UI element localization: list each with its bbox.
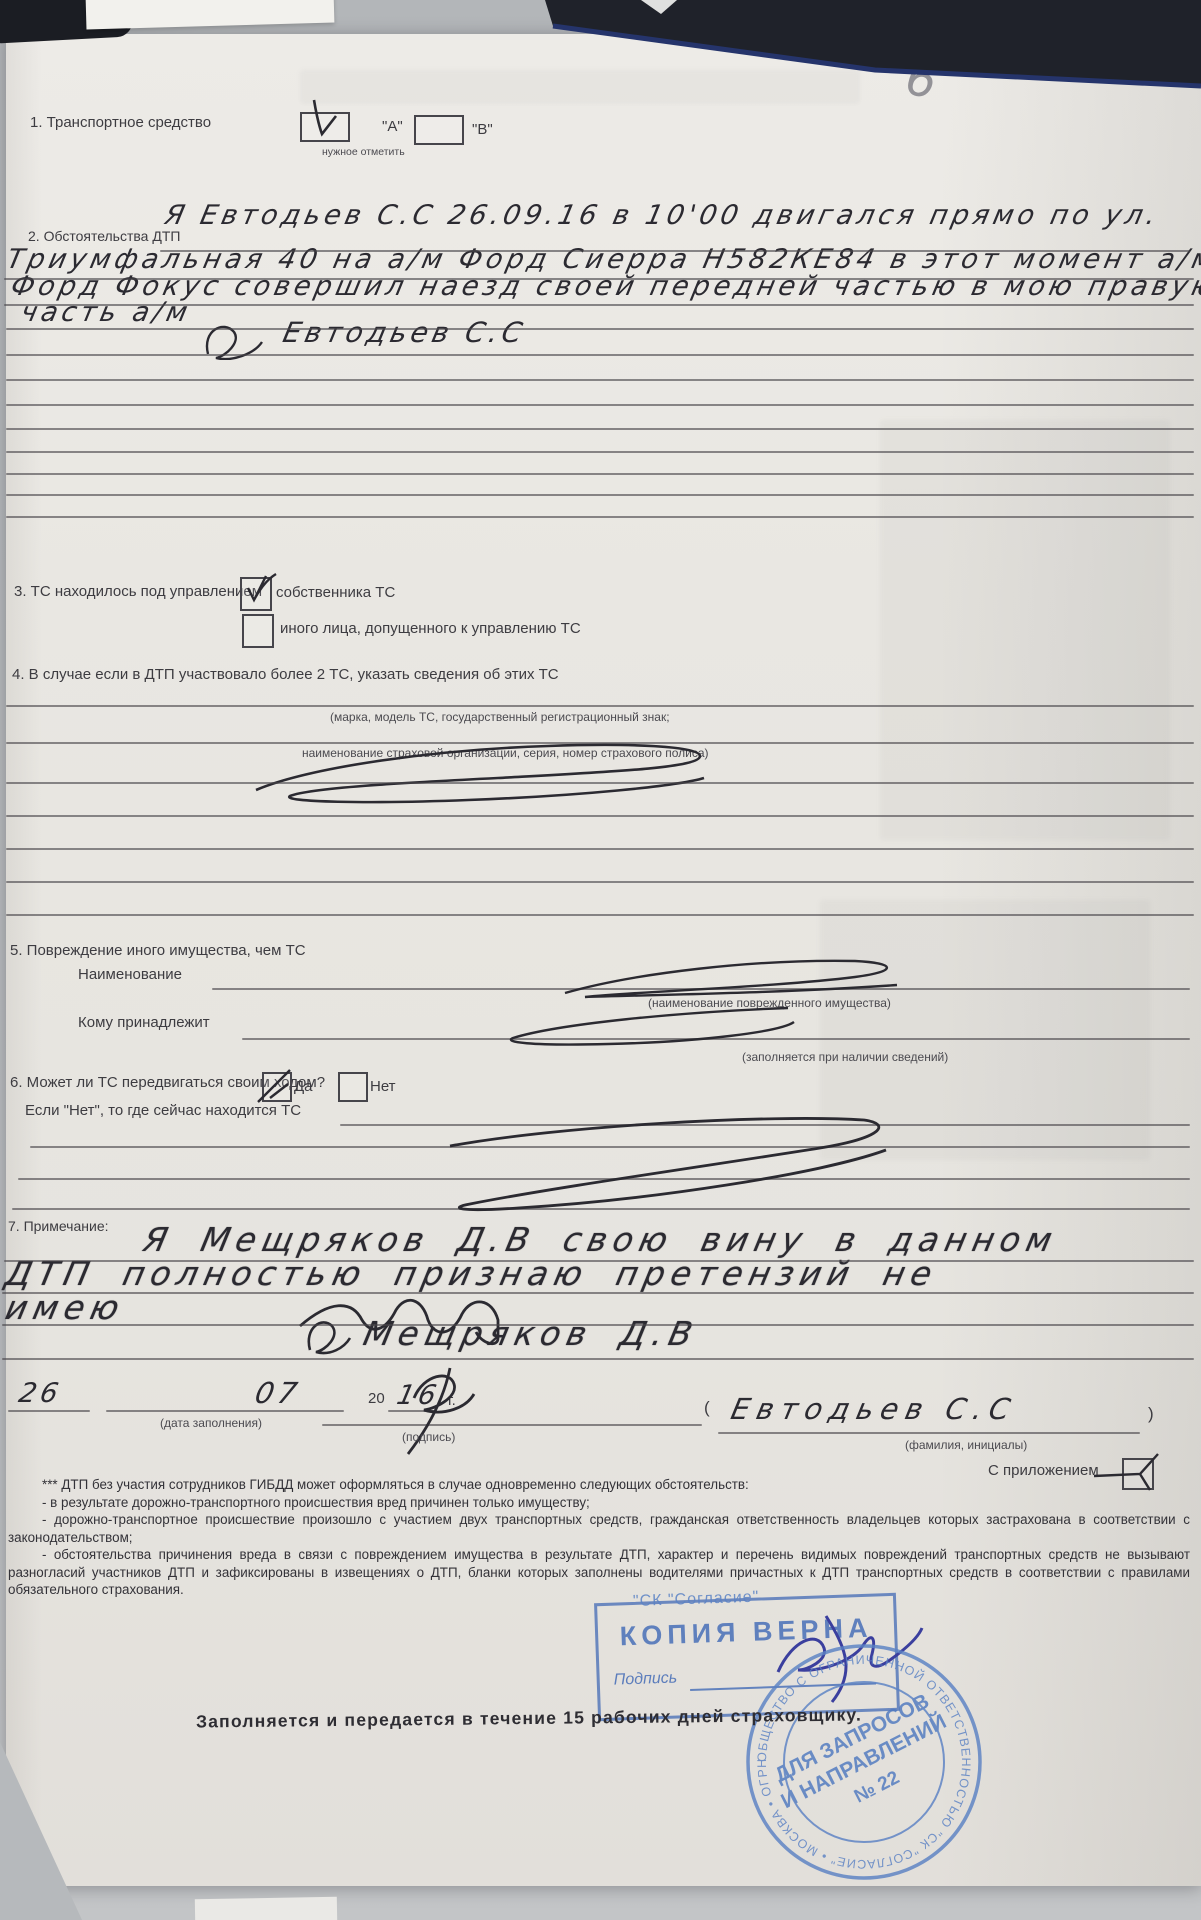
round-stamp: ОБЩЕСТВО С ОГРАНИЧЕННОЙ ОТВЕТСТВЕННОСТЬЮ… <box>742 1640 986 1884</box>
paper-strip-bottom <box>195 1897 337 1920</box>
ruled-line <box>6 428 1194 430</box>
footnote-line: *** ДТП без участия сотрудников ГИБДД мо… <box>8 1476 1190 1494</box>
footnote-line: - обстоятельства причинения вреда в связ… <box>8 1546 1190 1599</box>
ruled-line <box>4 278 1194 280</box>
ruled-line <box>718 1432 1140 1434</box>
section1-note: нужное отметить <box>322 146 405 158</box>
ruled-line <box>6 328 1194 330</box>
section6-line2: Если "Нет", то где сейчас находится ТС <box>25 1102 301 1119</box>
signature-flourish <box>300 1312 352 1356</box>
year-prefix: 20 <box>368 1390 385 1407</box>
ruled-line <box>6 404 1194 406</box>
ruled-line <box>6 451 1194 453</box>
vehicle-b-checkbox[interactable] <box>414 115 464 145</box>
ruled-line <box>2 1324 1194 1326</box>
bleed-through-ghost <box>880 420 1170 840</box>
ruled-line <box>6 815 1194 817</box>
footnote-line: - в результате дорожно-транспортного про… <box>8 1494 1190 1512</box>
section7-title: 7. Примечание: <box>8 1218 109 1234</box>
section4-title: 4. В случае если в ДТП участвовало более… <box>12 666 559 683</box>
dark-object-top-right <box>545 0 1201 92</box>
ruled-line <box>6 848 1194 850</box>
ruled-line <box>160 250 1190 252</box>
ruled-line <box>6 473 1194 475</box>
ruled-line <box>6 914 1194 916</box>
name-caption: (фамилия, инициалы) <box>905 1438 1027 1452</box>
vehicle-b-label: "В" <box>472 121 493 138</box>
stamp-sign-label: Подпись <box>613 1669 677 1689</box>
footnote-block: *** ДТП без участия сотрудников ГИБДД мо… <box>8 1476 1190 1599</box>
section1-title: 1. Транспортное средство <box>30 114 211 131</box>
other-driver-option-label: иного лица, допущенного к управлению ТС <box>280 620 581 637</box>
ruled-line <box>2 1358 1194 1360</box>
strike-scribble <box>498 1002 798 1050</box>
section5-field1-label: Наименование <box>78 966 182 983</box>
date-caption: (дата заполнения) <box>160 1416 262 1430</box>
vehicle-a-label: "А" <box>382 118 403 135</box>
ruled-line <box>6 782 1194 784</box>
section5-caption2: (заполняется при наличии сведений) <box>742 1050 948 1064</box>
can-move-no-label: Нет <box>370 1078 396 1095</box>
section2-title: 2. Обстоятельства ДТП <box>28 228 180 244</box>
can-move-yes-label: Да <box>294 1078 313 1095</box>
date-day: 26 <box>16 1378 65 1409</box>
other-driver-checkbox[interactable] <box>242 614 274 648</box>
section3-title: 3. ТС находилось под управлением <box>14 583 262 600</box>
ruled-line <box>6 705 1194 707</box>
accident-form: 6 1. Транспортное средство "А" "В" нужно… <box>0 0 1201 1920</box>
handwriting-line: Я Евтодьев С.С 26.09.16 в 10'00 двигался… <box>162 200 1163 231</box>
ruled-line <box>6 379 1194 381</box>
ruled-line <box>6 881 1194 883</box>
ruled-line <box>322 1424 702 1426</box>
strike-scribble <box>555 955 905 1001</box>
strike-scribble <box>420 1112 900 1218</box>
owner-checkbox[interactable] <box>240 577 272 611</box>
photo-of-document: { "page_number": "6", "colors": { "stamp… <box>0 0 1201 1920</box>
driver-signature <box>392 1366 488 1458</box>
section4-caption1: (марка, модель ТС, государственный регис… <box>330 710 670 724</box>
ruled-line <box>8 1410 90 1412</box>
ruled-line <box>4 1260 1194 1262</box>
paren-close: ) <box>1148 1404 1154 1424</box>
handwriting-line: часть а/м <box>18 297 194 328</box>
footnote-line: - дорожно-транспортное происшествие прои… <box>8 1511 1190 1546</box>
driver-name: Евтодьев С.С <box>728 1392 1020 1426</box>
date-month: 07 <box>252 1376 304 1410</box>
ruled-line <box>106 1410 344 1412</box>
can-move-yes-checkbox[interactable] <box>262 1072 292 1102</box>
ruled-line <box>6 494 1194 496</box>
stamp-org-name: "СК "Согласие" <box>633 1589 760 1611</box>
ruled-line <box>4 304 1194 306</box>
strike-scribble <box>248 738 710 810</box>
section7-signature: Мещряков Д.В <box>360 1314 702 1353</box>
can-move-no-checkbox[interactable] <box>338 1072 368 1102</box>
signature-caption: (подпись) <box>402 1430 455 1444</box>
section2-signature: Евтодьев С.С <box>280 316 529 349</box>
vehicle-a-checkbox[interactable] <box>300 112 350 142</box>
document-paper: 6 1. Транспортное средство "А" "В" нужно… <box>6 34 1201 1886</box>
section5-title: 5. Повреждение иного имущества, чем ТС <box>10 942 306 959</box>
ruled-line <box>6 354 1194 356</box>
owner-option-label: собственника ТС <box>276 584 395 601</box>
ruled-line <box>6 516 1194 518</box>
section5-field2-label: Кому принадлежит <box>78 1014 210 1031</box>
ruled-line <box>2 1292 1194 1294</box>
paren-open: ( <box>704 1398 710 1418</box>
